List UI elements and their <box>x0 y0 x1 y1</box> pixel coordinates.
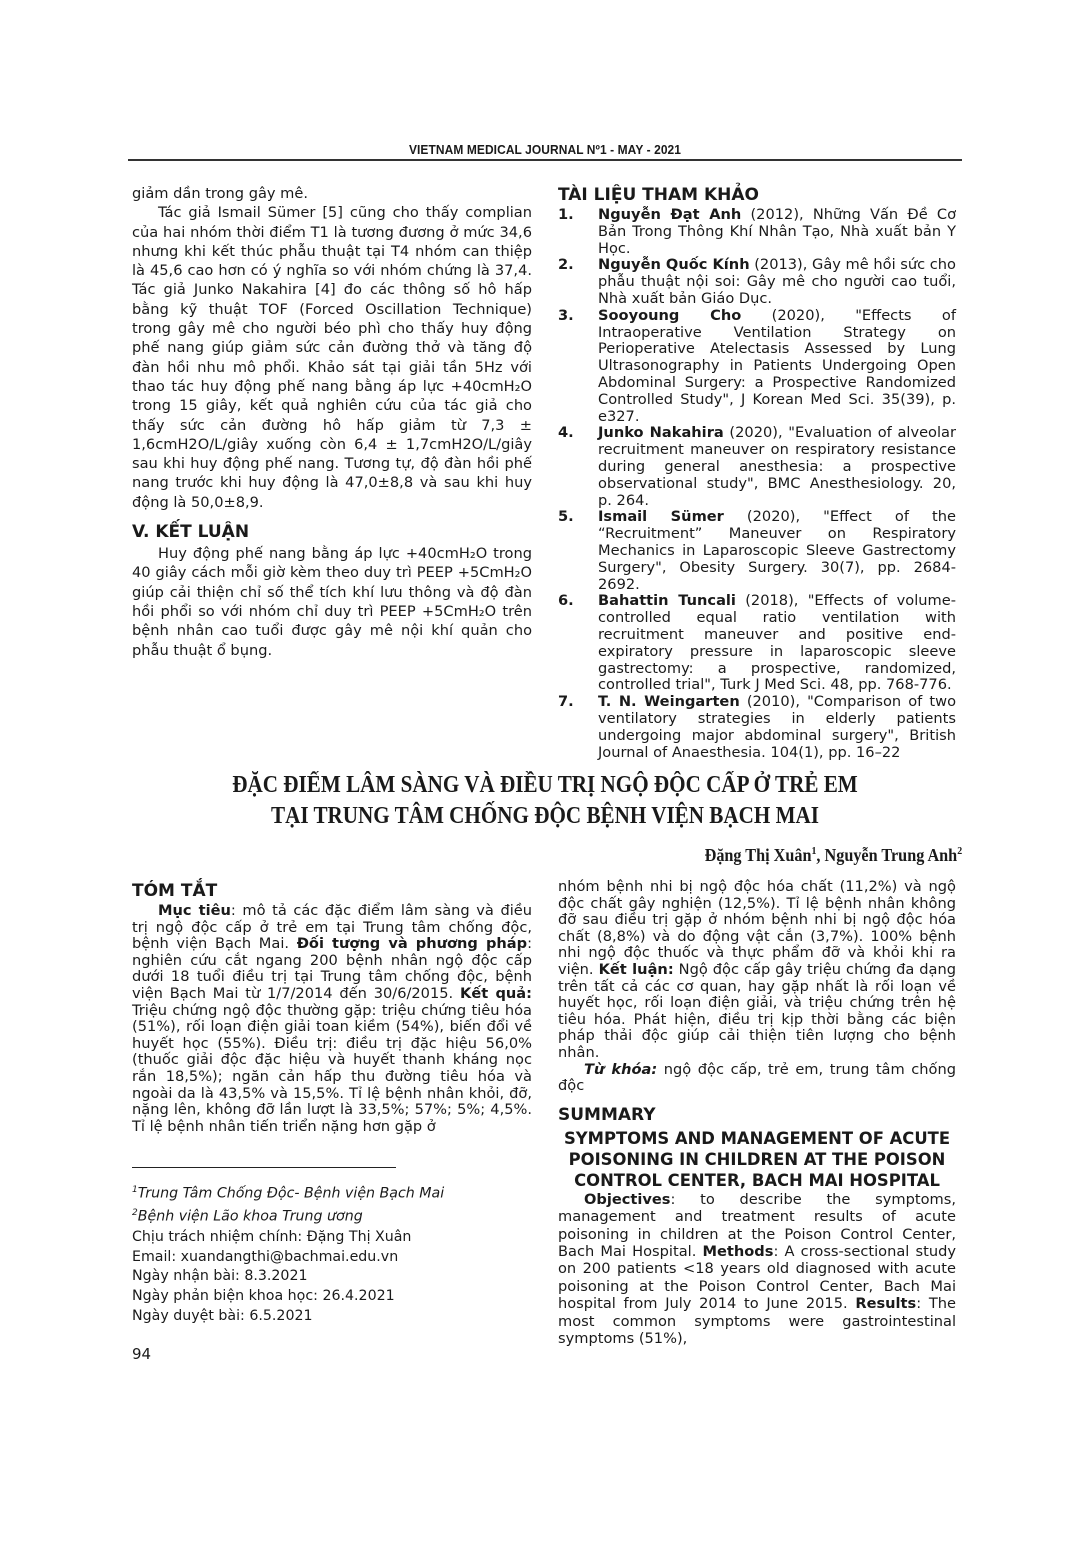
article-authors: Đặng Thị Xuân1, Nguyễn Trung Anh2 <box>704 845 962 866</box>
journal-header: VIETNAM MEDICAL JOURNAL Nº1 - MAY - 2021 <box>161 142 928 157</box>
conclusion-heading: V. KẾT LUẬN <box>132 521 532 543</box>
reference-author: Nguyễn Quốc Kính <box>598 256 750 273</box>
references-heading: TÀI LIỆU THAM KHẢO <box>558 184 956 206</box>
summary-paragraph: Objectives: to describe the symptoms, ma… <box>558 1191 956 1348</box>
reference-author: Junko Nakahira <box>598 424 724 441</box>
article-title: ĐẶC ĐIỂM LÂM SÀNG VÀ ĐIỀU TRỊ NGỘ ĐỘC CẤ… <box>197 770 892 832</box>
corresponding-author: Chịu trách nhiệm chính: Đặng Thị Xuân <box>132 1228 444 1248</box>
footnote-rule <box>132 1167 396 1168</box>
reference-item: 4.Junko Nakahira (2020), "Evaluation of … <box>558 425 956 509</box>
reference-item: 2.Nguyễn Quốc Kính (2013), Gây mê hồi sứ… <box>558 257 956 307</box>
date-accepted: Ngày duyệt bài: 6.5.2021 <box>132 1307 444 1327</box>
reference-item: 5.Ismail Sümer (2020), "Effect of the “R… <box>558 509 956 593</box>
reference-item: 6.Bahattin Tuncali (2018), "Effects of v… <box>558 593 956 694</box>
reference-author: Sooyoung Cho <box>598 307 741 324</box>
reference-item: 1.Nguyễn Đạt Anh (2012), Những Vấn Đề Cơ… <box>558 207 956 257</box>
footnotes: 1Trung Tâm Chống Độc- Bệnh viện Bạch Mai… <box>132 1181 444 1326</box>
date-reviewed: Ngày phản biện khoa học: 26.4.2021 <box>132 1287 444 1307</box>
abstract-results: Triệu chứng ngộ độc thường gặp: triệu ch… <box>132 1002 532 1135</box>
abstract-vi-left: TÓM TẮT Mục tiêu: mô tả các đặc điểm lâm… <box>132 880 532 1135</box>
date-received: Ngày nhận bài: 8.3.2021 <box>132 1267 444 1287</box>
abstract-heading: TÓM TẮT <box>132 880 532 902</box>
reference-item: 3.Sooyoung Cho (2020), "Effects of Intra… <box>558 308 956 426</box>
author-name: Nguyễn Trung Anh <box>824 845 957 865</box>
reference-author: Ismail Sümer <box>598 508 724 525</box>
references-list: 1.Nguyễn Đạt Anh (2012), Những Vấn Đề Cơ… <box>558 207 956 761</box>
conclusion-paragraph: Huy động phế nang bằng áp lực +40cmH₂O t… <box>132 544 532 660</box>
keywords: Từ khóa: ngộ độc cấp, trẻ em, trung tâm … <box>558 1062 956 1095</box>
email: Email: xuandangthi@bachmai.edu.vn <box>132 1248 444 1268</box>
page-number: 94 <box>132 1345 151 1363</box>
reference-author: T. N. Weingarten <box>598 693 740 710</box>
abstract-right-column: nhóm bệnh nhi bị ngộ độc hóa chất (11,2%… <box>558 879 956 1347</box>
summary-title: SYMPTOMS AND MANAGEMENT OF ACUTE POISONI… <box>558 1128 956 1191</box>
abstract-paragraph: Mục tiêu: mô tả các đặc điểm lâm sàng và… <box>132 903 532 1135</box>
references-column: TÀI LIỆU THAM KHẢO 1.Nguyễn Đạt Anh (201… <box>558 184 956 761</box>
abstract-conclusion-paragraph: nhóm bệnh nhi bị ngộ độc hóa chất (11,2%… <box>558 879 956 1062</box>
summary-heading: SUMMARY <box>558 1104 956 1126</box>
affiliation-2: 2Bệnh viện Lão khoa Trung ương <box>132 1204 444 1227</box>
prev-article-left-column: giảm dần trong gây mê. Tác giả Ismail Sü… <box>132 184 532 660</box>
reference-item: 7.T. N. Weingarten (2010), "Comparison o… <box>558 694 956 761</box>
affiliation-1: 1Trung Tâm Chống Độc- Bệnh viện Bạch Mai <box>132 1181 444 1204</box>
header-rule <box>128 159 962 161</box>
discussion-paragraph: Tác giả Ismail Sümer [5] cũng cho thấy c… <box>132 203 532 512</box>
author-name: Đặng Thị Xuân <box>704 845 811 865</box>
reference-author: Bahattin Tuncali <box>598 592 736 609</box>
reference-author: Nguyễn Đạt Anh <box>598 206 741 223</box>
discussion-paragraph: giảm dần trong gây mê. <box>132 184 532 203</box>
